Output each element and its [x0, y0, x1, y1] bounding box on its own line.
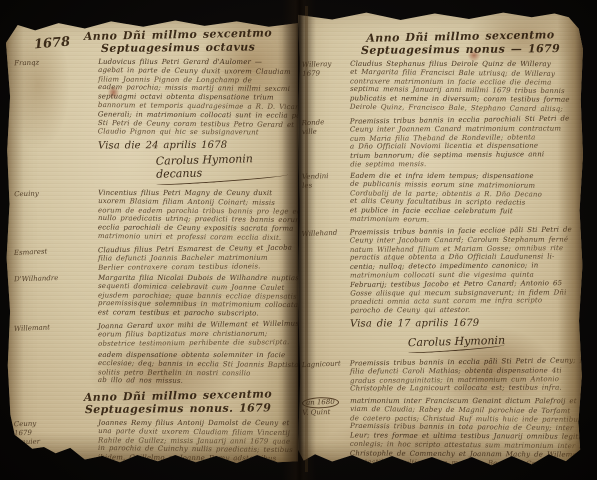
- text-lines: Visa die 24 aprilis 1678: [98, 140, 288, 152]
- text-lines: Claudius Stephanus filius Deirole Quinz …: [350, 59, 571, 113]
- manuscript-line: obstetrice testimonium perhibente die su…: [98, 338, 288, 348]
- manuscript-line: Christophle de Lagnicourt collocata est;…: [350, 384, 571, 394]
- text-lines: Visa die 17 aprilis 1679: [350, 318, 571, 330]
- margin-note-line: V. Quint: [302, 407, 348, 417]
- record-entry: LagnicourtPraemissis tribus bannis in ec…: [350, 357, 571, 394]
- manuscript-line: et de nutu decanatus. Ant. Bogt: [98, 462, 288, 473]
- margin-note: Vendiniles: [302, 171, 348, 190]
- left-page-text: 1678Anno Dñi millmo sexcentmoSeptuagesim…: [6, 16, 298, 464]
- record-entry: Willeray1679Claudius Stephanus filius De…: [350, 59, 571, 113]
- manuscript-line: matrimonium eorum.: [350, 214, 571, 225]
- text-lines: Ludovicus filius Petri Gerard d'Aulomer …: [98, 57, 288, 137]
- text-lines: Anno Dñi millmo sexcentmoSeptuagesimus n…: [350, 28, 571, 57]
- margin-note: D'Wilhandre: [14, 273, 94, 284]
- record-entry: D'WilhandreMargarita filia Nicolai Duboi…: [98, 274, 288, 319]
- margin-note: Esmarest: [14, 245, 94, 257]
- margin-note: Franqz: [14, 57, 94, 68]
- manuscript-line: Ceuny inter Jacobum Canard; Carolum Step…: [350, 236, 571, 246]
- text-lines: Praemissis tribus bannis in facie ecclia…: [350, 226, 572, 316]
- manuscript-line: parocho de Ceuny qui attestor.: [350, 306, 571, 316]
- record-entry: an 1680V. Quintmatrimonium inter Francis…: [350, 396, 571, 468]
- manuscript-line: Berlier contraxere coram testibus idonei…: [98, 262, 288, 272]
- heading-line: Septuagesimus nonus — 1679: [350, 42, 571, 57]
- text-lines: Praemissis tribus bannis in ecclia pãli …: [350, 357, 571, 394]
- text-lines: Anno Dñi millmo sexcentmoSeptuagesimus o…: [98, 27, 288, 56]
- manuscript-line: ab illo ad nos missus.: [98, 376, 288, 387]
- margin-note-line: ville: [302, 126, 348, 137]
- text-lines: matrimonium inter Franciscum Genaint dic…: [350, 396, 571, 468]
- visa-line: Visa die 24 aprilis 1678: [98, 140, 288, 153]
- margin-note: Willeray1679: [302, 60, 348, 79]
- manuscript-line: Ceuny inter Joannem Canard matrimonium c…: [350, 124, 571, 134]
- margin-note-line: Willehand: [301, 229, 347, 240]
- visa-note: Visa die 24 aprilis 1678Carolus Hymonin …: [98, 140, 288, 186]
- cartouche-label: an 1680: [302, 396, 339, 408]
- record-entry: VendinilesEadem die et infra idem tempus…: [350, 171, 571, 225]
- manuscript-line: est coram testibus et parocho subscripto…: [98, 309, 288, 319]
- margin-note-line: Esmarest: [14, 245, 94, 257]
- manuscript-line: Eadem die et infra idem tempus; dispensa…: [350, 171, 571, 180]
- manuscript-line: matrimonio uniri et professi coram eccli…: [98, 232, 288, 243]
- record-entry: CeuinyVincentius filius Petri Magny de C…: [98, 189, 288, 243]
- manuscript-line: a Dño Officiali Noviomi licentia et disp…: [350, 142, 571, 152]
- margin-year-label: 1678: [33, 34, 70, 52]
- manuscript-line: filia defuncti Joannis Bacheler matrimon…: [98, 253, 288, 263]
- signature: Carolus Hymonin: [408, 334, 506, 355]
- manuscript-line: ibidem, Guillelmo et Joanne Remy adstant…: [98, 454, 288, 464]
- right-page: Anno Dñi millmo sexcentmoSeptuagesimus n…: [298, 8, 583, 468]
- margin-note: an 1680V. Quint: [302, 396, 349, 417]
- manuscript-line: filia defuncti Caroli Mathias; obtenta d…: [350, 367, 571, 377]
- manuscript-line: Sti Petri de Ceuny coram testibus Petro …: [98, 119, 288, 130]
- text-lines: Joannes Remy filius Antonij Damolst de C…: [98, 418, 288, 472]
- text-lines: Joanna Gerard uxor mihi de Willemant et …: [98, 320, 288, 348]
- record-entry: eadem dispensatione obtenta solemniter i…: [98, 350, 288, 386]
- visa-line: Visa die 17 aprilis 1679: [350, 318, 571, 331]
- margin-note-line: 1679: [302, 69, 348, 79]
- year-heading: Anno Dñi millmo sexcentmoSeptuagesimus n…: [350, 28, 571, 57]
- record-entry: WillehandPraemissis tribus bannis in fac…: [350, 226, 572, 316]
- record-entry: EsmarestClaudius filius Petri Esmarest d…: [98, 244, 288, 272]
- margin-note: Ceuny1679Januier: [14, 418, 95, 447]
- margin-note-line: D'Wilhandre: [14, 273, 94, 284]
- manuscript-line: matrimonium inter Franciscum Genaint dic…: [350, 396, 571, 405]
- manuscript-line: conlegis; in hoc scripto attestatus sum …: [350, 439, 571, 450]
- text-lines: Vincentius filius Petri Magny de Ceuny d…: [98, 189, 288, 243]
- text-lines: Claudius filius Petri Esmarest de Ceuny …: [98, 244, 288, 272]
- margin-note: Willehand: [301, 229, 347, 240]
- manuscript-line: eadem dispensatione obtenta solemniter i…: [98, 351, 288, 360]
- manuscript-line: Gosse aliisque qui mecum subsignaverunt;…: [350, 288, 571, 298]
- record-entry: WillemantJoanna Gerard uxor mihi de Will…: [98, 320, 288, 348]
- heading-line: Septuagesimus nonus. 1679: [68, 401, 288, 416]
- margin-note-line: Willemant: [14, 322, 94, 334]
- manuscript-line: die septima mensis.: [350, 159, 571, 169]
- manuscript-line: eorum filius baptizatus more christianor…: [98, 330, 288, 340]
- record-entry: RondevillePraemissis tribus bannis in ec…: [350, 115, 571, 170]
- right-page-text: Anno Dñi millmo sexcentmoSeptuagesimus n…: [298, 8, 583, 468]
- margin-note: Ceuiny: [14, 188, 94, 199]
- margin-note-line: Ceuiny: [14, 188, 94, 199]
- manuscript-line: matrimonium collocati sunt die vigesima …: [350, 271, 571, 281]
- signature: Carolus Hymonin decanus: [156, 151, 289, 185]
- heading-line: Septuagesimus octavus: [68, 40, 288, 55]
- text-lines: Margarita filia Nicolai Dubois de Wilhan…: [98, 274, 288, 319]
- visa-note: Visa die 17 aprilis 1679Carolus Hymonin: [350, 318, 571, 355]
- manuscript-line: de publicanis missis eorum sine matrimon…: [350, 179, 571, 190]
- left-page: 1678Anno Dñi millmo sexcentmoSeptuagesim…: [6, 16, 298, 464]
- text-lines: Eadem die et infra idem tempus; dispensa…: [350, 171, 571, 225]
- margin-note-line: Januier: [14, 436, 94, 447]
- margin-note-line: Lagnicourt: [302, 359, 348, 370]
- margin-note-line: les: [302, 180, 348, 190]
- manuscript-line: Deirole Quinz, Francisco Bale, Stephano …: [350, 103, 571, 114]
- text-lines: eadem dispensatione obtenta solemniter i…: [98, 350, 288, 386]
- manuscript-line: agebat in parte de Ceuny duxit uxorem Cl…: [98, 66, 288, 77]
- manuscript-line: ecclesiae; deq; bannis in ecclia Sti Joa…: [98, 359, 288, 370]
- year-heading: Anno Dñi millmo sexcentmoSeptuagesimus n…: [98, 388, 288, 417]
- margin-note-line: an 1680: [302, 396, 348, 408]
- record-entry: FranqzLudovicus filius Petri Gerard d'Au…: [98, 57, 288, 137]
- text-lines: Anno Dñi millmo sexcentmoSeptuagesimus n…: [98, 388, 288, 417]
- margin-note: Rondeville: [301, 117, 348, 137]
- record-entry: Ceuny1679JanuierJoannes Remy filius Anto…: [98, 418, 288, 472]
- margin-note: Willemant: [14, 322, 94, 334]
- manuscript-photo: 1678Anno Dñi millmo sexcentmoSeptuagesim…: [0, 0, 597, 480]
- margin-note-line: Franqz: [14, 57, 94, 68]
- manuscript-line: una parte duxit uxorem Claudiam filiam V…: [98, 427, 288, 438]
- year-heading: 1678Anno Dñi millmo sexcentmoSeptuagesim…: [98, 27, 288, 56]
- margin-note: Lagnicourt: [302, 359, 348, 370]
- text-lines: Praemissis tribus bannis in ecclia paroc…: [350, 115, 571, 170]
